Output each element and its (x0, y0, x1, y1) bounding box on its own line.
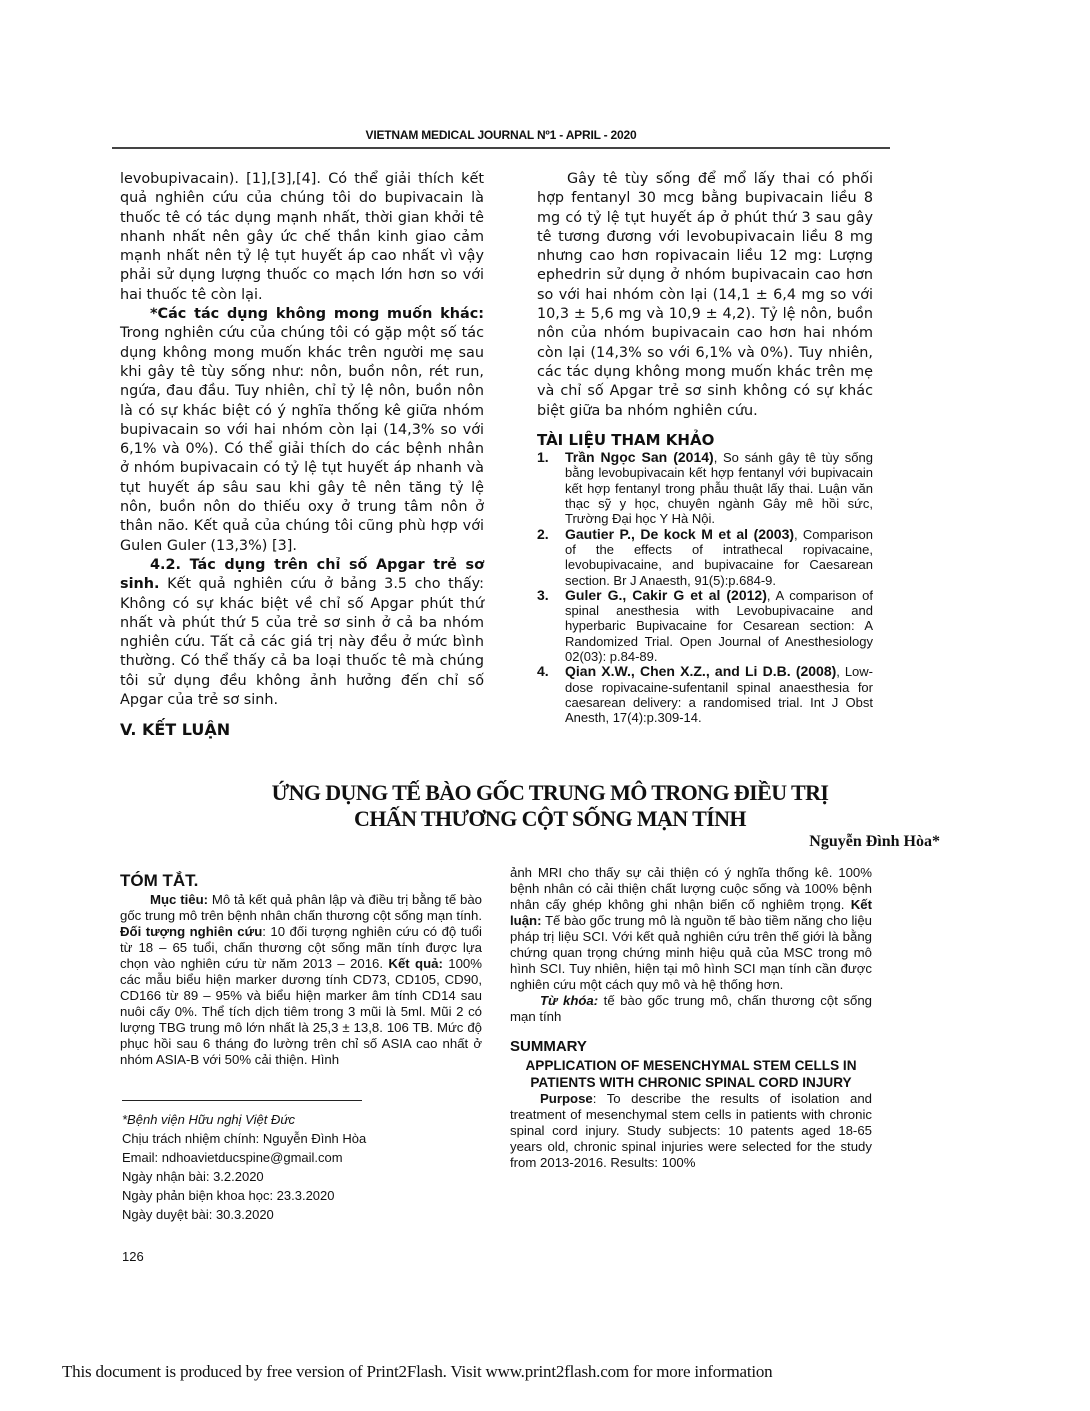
article-title: ỨNG DỤNG TẾ BÀO GỐC TRUNG MÔ TRONG ĐIỀU … (180, 780, 920, 832)
paragraph-lead: *Các tác dụng không mong muốn khác: (150, 306, 484, 322)
footnotes: *Bệnh viện Hữu nghị Việt Đức Chịu trách … (122, 1110, 366, 1224)
references-list: 1.Trần Ngọc San (2014), So sánh gây tê t… (537, 450, 873, 725)
header-divider (112, 147, 890, 149)
summary-heading: SUMMARY (510, 1037, 872, 1057)
summary-title: APPLICATION OF MESENCHYMAL STEM CELLS IN… (510, 1057, 872, 1091)
received-date: Ngày nhận bài: 3.2.2020 (122, 1167, 366, 1186)
corresponding-author: Chịu trách nhiệm chính: Nguyễn Đình Hòa (122, 1129, 366, 1148)
abstract-heading: TÓM TẮT. (120, 870, 482, 892)
affiliation: *Bệnh viện Hữu nghị Việt Đức (122, 1112, 295, 1127)
journal-header: VIETNAM MEDICAL JOURNAL Nº1 - APRIL - 20… (112, 128, 890, 142)
email: Email: ndhoavietducspine@gmail.com (122, 1148, 366, 1167)
keywords: Từ khóa: tế bào gốc trung mô, chấn thươn… (510, 993, 872, 1025)
abstract-right: ảnh MRI cho thấy sự cải thiện có ý nghĩa… (510, 865, 872, 1171)
references-heading: TÀI LIỆU THAM KHẢO (537, 431, 873, 450)
watermark-notice: This document is produced by free versio… (62, 1362, 772, 1382)
left-column: levobupivacain). [1],[3],[4]. Có thể giả… (120, 170, 484, 740)
right-column: Gây tê tùy sống để mổ lấy thai có phối h… (537, 170, 873, 726)
paragraph: 4.2. Tác dụng trên chỉ số Apgar trẻ sơ s… (120, 556, 484, 710)
summary-paragraph: Purpose: To describe the results of isol… (510, 1091, 872, 1171)
accepted-date: Ngày duyệt bài: 30.3.2020 (122, 1205, 366, 1224)
paragraph: Gây tê tùy sống để mổ lấy thai có phối h… (537, 170, 873, 421)
review-date: Ngày phản biện khoa học: 23.3.2020 (122, 1186, 366, 1205)
article-author: Nguyễn Đình Hòa* (809, 833, 940, 851)
abstract-paragraph: ảnh MRI cho thấy sự cải thiện có ý nghĩa… (510, 865, 872, 993)
abstract-paragraph: Mục tiêu: Mô tả kết quả phân lập và điều… (120, 892, 482, 1068)
page-number: 126 (122, 1249, 144, 1264)
reference-item: 2.Gautier P., De kock M et al (2003), Co… (537, 527, 873, 588)
reference-item: 1.Trần Ngọc San (2014), So sánh gây tê t… (537, 450, 873, 526)
paragraph: levobupivacain). [1],[3],[4]. Có thể giả… (120, 170, 484, 305)
abstract-left: TÓM TẮT. Mục tiêu: Mô tả kết quả phân lậ… (120, 870, 482, 1068)
paragraph: *Các tác dụng không mong muốn khác: Tron… (120, 305, 484, 556)
reference-item: 3.Guler G., Cakir G et al (2012), A comp… (537, 588, 873, 664)
footnote-divider (122, 1100, 362, 1101)
reference-item: 4.Qian X.W., Chen X.Z., and Li D.B. (200… (537, 664, 873, 725)
section-heading: V. KẾT LUẬN (120, 720, 484, 739)
